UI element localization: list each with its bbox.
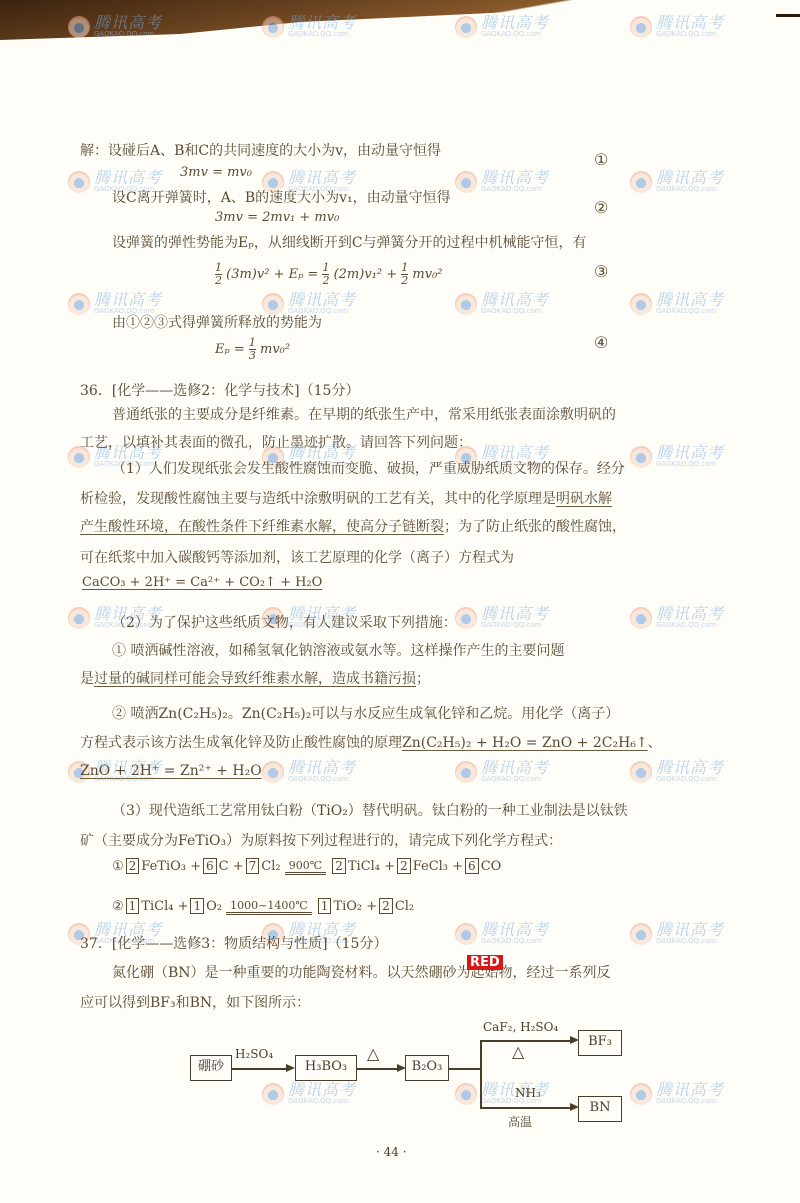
- watermark-logo-icon: [630, 293, 652, 315]
- scan-edge-mark: [776, 14, 800, 17]
- watermark-logo-icon: [68, 293, 90, 315]
- watermark-logo-icon: [455, 16, 477, 38]
- coefficient-box: 2: [397, 858, 411, 874]
- question-title: 37．[化学——选修3：物质结构与性质]（15分）: [80, 933, 387, 953]
- watermark-logo-icon: [455, 1083, 477, 1105]
- question-intro: 氮化硼（BN）是一种重要的功能陶瓷材料。以天然硼砂为起始物，经过一系列反: [112, 962, 611, 982]
- watermark-logo-icon: [630, 16, 652, 38]
- watermark: 腾讯高考GAOKAO.QQ.com: [630, 445, 724, 468]
- part-3-text: 矿（主要成分为FeTiO₃）为原料按下列过程进行的，请完成下列化学方程式：: [80, 830, 562, 850]
- part-1-text: （1）人们发现纸张会发生酸性腐蚀而变脆、破损，严重威胁纸质文物的保存。经分: [112, 458, 625, 478]
- flow-node-bn: BN: [578, 1096, 622, 1122]
- watermark-logo-icon: [630, 607, 652, 629]
- watermark-logo-icon: [630, 446, 652, 468]
- watermark: 腾讯高考GAOKAO.QQ.com: [262, 1082, 356, 1105]
- part-2-text: ① 喷洒碱性溶液，如稀氢氧化钠溶液或氨水等。这样操作产生的主要问题: [112, 640, 564, 660]
- part-2-text: （2）为了保护这些纸质文物，有人建议采取下列措施：: [112, 612, 457, 632]
- flow-edge: [449, 1068, 481, 1070]
- watermark: 腾讯高考GAOKAO.QQ.com: [630, 760, 724, 783]
- flow-edge-label: CaF₂, H₂SO₄: [483, 1020, 558, 1034]
- coefficient-box: 6: [465, 858, 479, 874]
- equation-number-1: ①: [594, 150, 608, 169]
- coefficient-box: 2: [379, 898, 393, 914]
- flow-edge: [480, 1040, 570, 1042]
- watermark-logo-icon: [455, 171, 477, 193]
- watermark-logo-icon: [630, 1083, 652, 1105]
- page-number: · 44 ·: [376, 1145, 407, 1159]
- answer: 产生酸性环境，在酸性条件下纤维素水解，使高分子链断裂: [80, 519, 444, 535]
- coefficient-box: 1: [318, 898, 332, 914]
- fraction: 13: [249, 337, 256, 362]
- coefficient-box: 7: [246, 858, 260, 874]
- question-intro: 应可以得到BF₃和BN，如下图所示：: [80, 992, 310, 1012]
- watermark-logo-icon: [630, 923, 652, 945]
- arrow-icon: [286, 1064, 295, 1072]
- coefficient-box: 2: [332, 858, 346, 874]
- reaction-condition: 900℃: [285, 859, 326, 875]
- watermark: 腾讯高考GAOKAO.QQ.com: [455, 170, 549, 193]
- watermark-logo-icon: [68, 607, 90, 629]
- equation-1: 3mv = mv₀: [180, 165, 252, 180]
- watermark-logo-icon: [455, 607, 477, 629]
- equation-2: 3mv = 2mv₁ + mv₀: [215, 210, 339, 225]
- watermark: 腾讯高考GAOKAO.QQ.com: [455, 760, 549, 783]
- flow-edge-label: H₂SO₄: [235, 1047, 273, 1061]
- equation-number-4: ④: [594, 333, 608, 352]
- red-stamp: RED: [467, 955, 503, 970]
- equation-4: Eₚ = 13 mv₀²: [215, 337, 290, 362]
- watermark-logo-icon: [455, 761, 477, 783]
- flow-node-borax: 硼砂: [190, 1055, 232, 1081]
- watermark-logo-icon: [262, 1083, 284, 1105]
- watermark-logo-icon: [68, 171, 90, 193]
- coefficient-box: 6: [203, 858, 217, 874]
- watermark: 腾讯高考GAOKAO.QQ.com: [455, 922, 549, 945]
- part-2-text: ② 喷洒Zn(C₂H₅)₂。Zn(C₂H₅)₂可以与水反应生成氧化锌和乙烷。用化…: [112, 703, 619, 723]
- flow-node-b2o3: B₂O₃: [405, 1055, 449, 1081]
- watermark: 腾讯高考GAOKAO.QQ.com: [262, 760, 356, 783]
- watermark: 腾讯高考GAOKAO.QQ.com: [455, 606, 549, 629]
- watermark: 腾讯高考GAOKAO.QQ.com: [455, 292, 549, 315]
- fraction: 12: [401, 262, 408, 287]
- watermark: 腾讯高考GAOKAO.QQ.com: [630, 922, 724, 945]
- heat-symbol-icon: △: [367, 1044, 379, 1063]
- watermark: 腾讯高考GAOKAO.QQ.com: [630, 292, 724, 315]
- answer: Zn(C₂H₅)₂ + H₂O = ZnO + 2C₂H₆↑: [402, 735, 648, 751]
- part-2-text: 是过量的碱同样可能会导致纤维素水解，造成书籍污损；: [80, 668, 430, 688]
- question-intro: 工艺，以填补其表面的微孔，防止墨迹扩散。请回答下列问题：: [80, 432, 472, 452]
- question-title: 36．[化学——选修2：化学与技术]（15分）: [80, 380, 359, 400]
- equation-number-3: ③: [594, 262, 608, 281]
- watermark: 腾讯高考GAOKAO.QQ.com: [630, 15, 724, 38]
- heat-symbol-icon: △: [512, 1042, 524, 1061]
- equation-number-2: ②: [594, 198, 608, 217]
- coefficient-box: 1: [126, 898, 140, 914]
- scan-edge: [0, 0, 800, 40]
- part-1-text: 析检验，发现酸性腐蚀主要与造纸中涂敷明矾的工艺有关，其中的化学原理是明矾水解: [80, 488, 612, 508]
- equation-b: ②1TiCl₄ +1O₂ 1000~1400℃ 1TiO₂ +2Cl₂: [112, 898, 414, 915]
- part-2-text: 方程式表示该方法生成氧化锌及防止酸性腐蚀的原理Zn(C₂H₅)₂ + H₂O =…: [80, 732, 662, 752]
- answer: 明矾水解: [556, 491, 612, 507]
- watermark-logo-icon: [262, 761, 284, 783]
- flow-edge-label: 高温: [508, 1113, 532, 1130]
- solution-line-2: 设C离开弹簧时，A、B的速度大小为v₁，由动量守恒得: [112, 187, 451, 207]
- flow-node-h3bo3: H₃BO₃: [295, 1055, 357, 1081]
- answer: ZnO + 2H⁺ = Zn²⁺ + H₂O: [80, 763, 262, 779]
- watermark: 腾讯高考GAOKAO.QQ.com: [630, 606, 724, 629]
- flow-node-bf3: BF₃: [578, 1030, 622, 1056]
- coefficient-box: 2: [126, 858, 140, 874]
- reaction-condition: 1000~1400℃: [226, 899, 312, 915]
- question-intro: 普通纸张的主要成分是纤维素。在早期的纸张生产中，常采用纸张表面涂敷明矾的: [112, 404, 616, 424]
- fraction: 12: [322, 262, 329, 287]
- coefficient-box: 1: [190, 898, 204, 914]
- part-1-text: 可在纸浆中加入碳酸钙等添加剂，该工艺原理的化学（离子）方程式为: [80, 547, 514, 567]
- solution-line-3: 设弹簧的弹性势能为Eₚ，从细线断开到C与弹簧分开的过程中机械能守恒，有: [112, 232, 587, 252]
- watermark: 腾讯高考GAOKAO.QQ.com: [630, 1082, 724, 1105]
- answer: 过量的碱同样可能会导致纤维素水解，造成书籍污损: [94, 671, 416, 687]
- watermark-logo-icon: [455, 923, 477, 945]
- solution-line-1: 解：设碰后A、B和C的共同速度的大小为v，由动量守恒得: [80, 140, 441, 160]
- watermark-logo-icon: [630, 171, 652, 193]
- flow-edge: [480, 1040, 482, 1108]
- fraction: 12: [215, 262, 222, 287]
- flow-edge: [357, 1068, 397, 1070]
- flow-edge: [480, 1107, 570, 1109]
- watermark-logo-icon: [630, 761, 652, 783]
- part-3-text: （3）现代造纸工艺常用钛白粉（TiO₂）替代明矾。钛白粉的一种工业制法是以钛铁: [112, 800, 628, 820]
- equation-a: ①2FeTiO₃ +6C +7Cl₂ 900℃ 2TiCl₄ +2FeCl₃ +…: [112, 858, 501, 875]
- watermark-logo-icon: [455, 293, 477, 315]
- part-1-text: 产生酸性环境，在酸性条件下纤维素水解，使高分子链断裂；为了防止纸张的酸性腐蚀，: [80, 516, 626, 536]
- watermark: 腾讯高考GAOKAO.QQ.com: [630, 170, 724, 193]
- answer: CaCO₃ + 2H⁺ = Ca²⁺ + CO₂↑ + H₂O: [82, 575, 322, 590]
- flow-edge-label: NH₃: [515, 1086, 541, 1100]
- flow-edge: [232, 1068, 286, 1070]
- watermark: 腾讯高考GAOKAO.QQ.com: [455, 15, 549, 38]
- solution-line-4: 由①②③式得弹簧所释放的势能为: [112, 312, 322, 332]
- equation-3: 12 (3m)v² + Eₚ = 12 (2m)v₁² + 12 mv₀²: [215, 262, 443, 287]
